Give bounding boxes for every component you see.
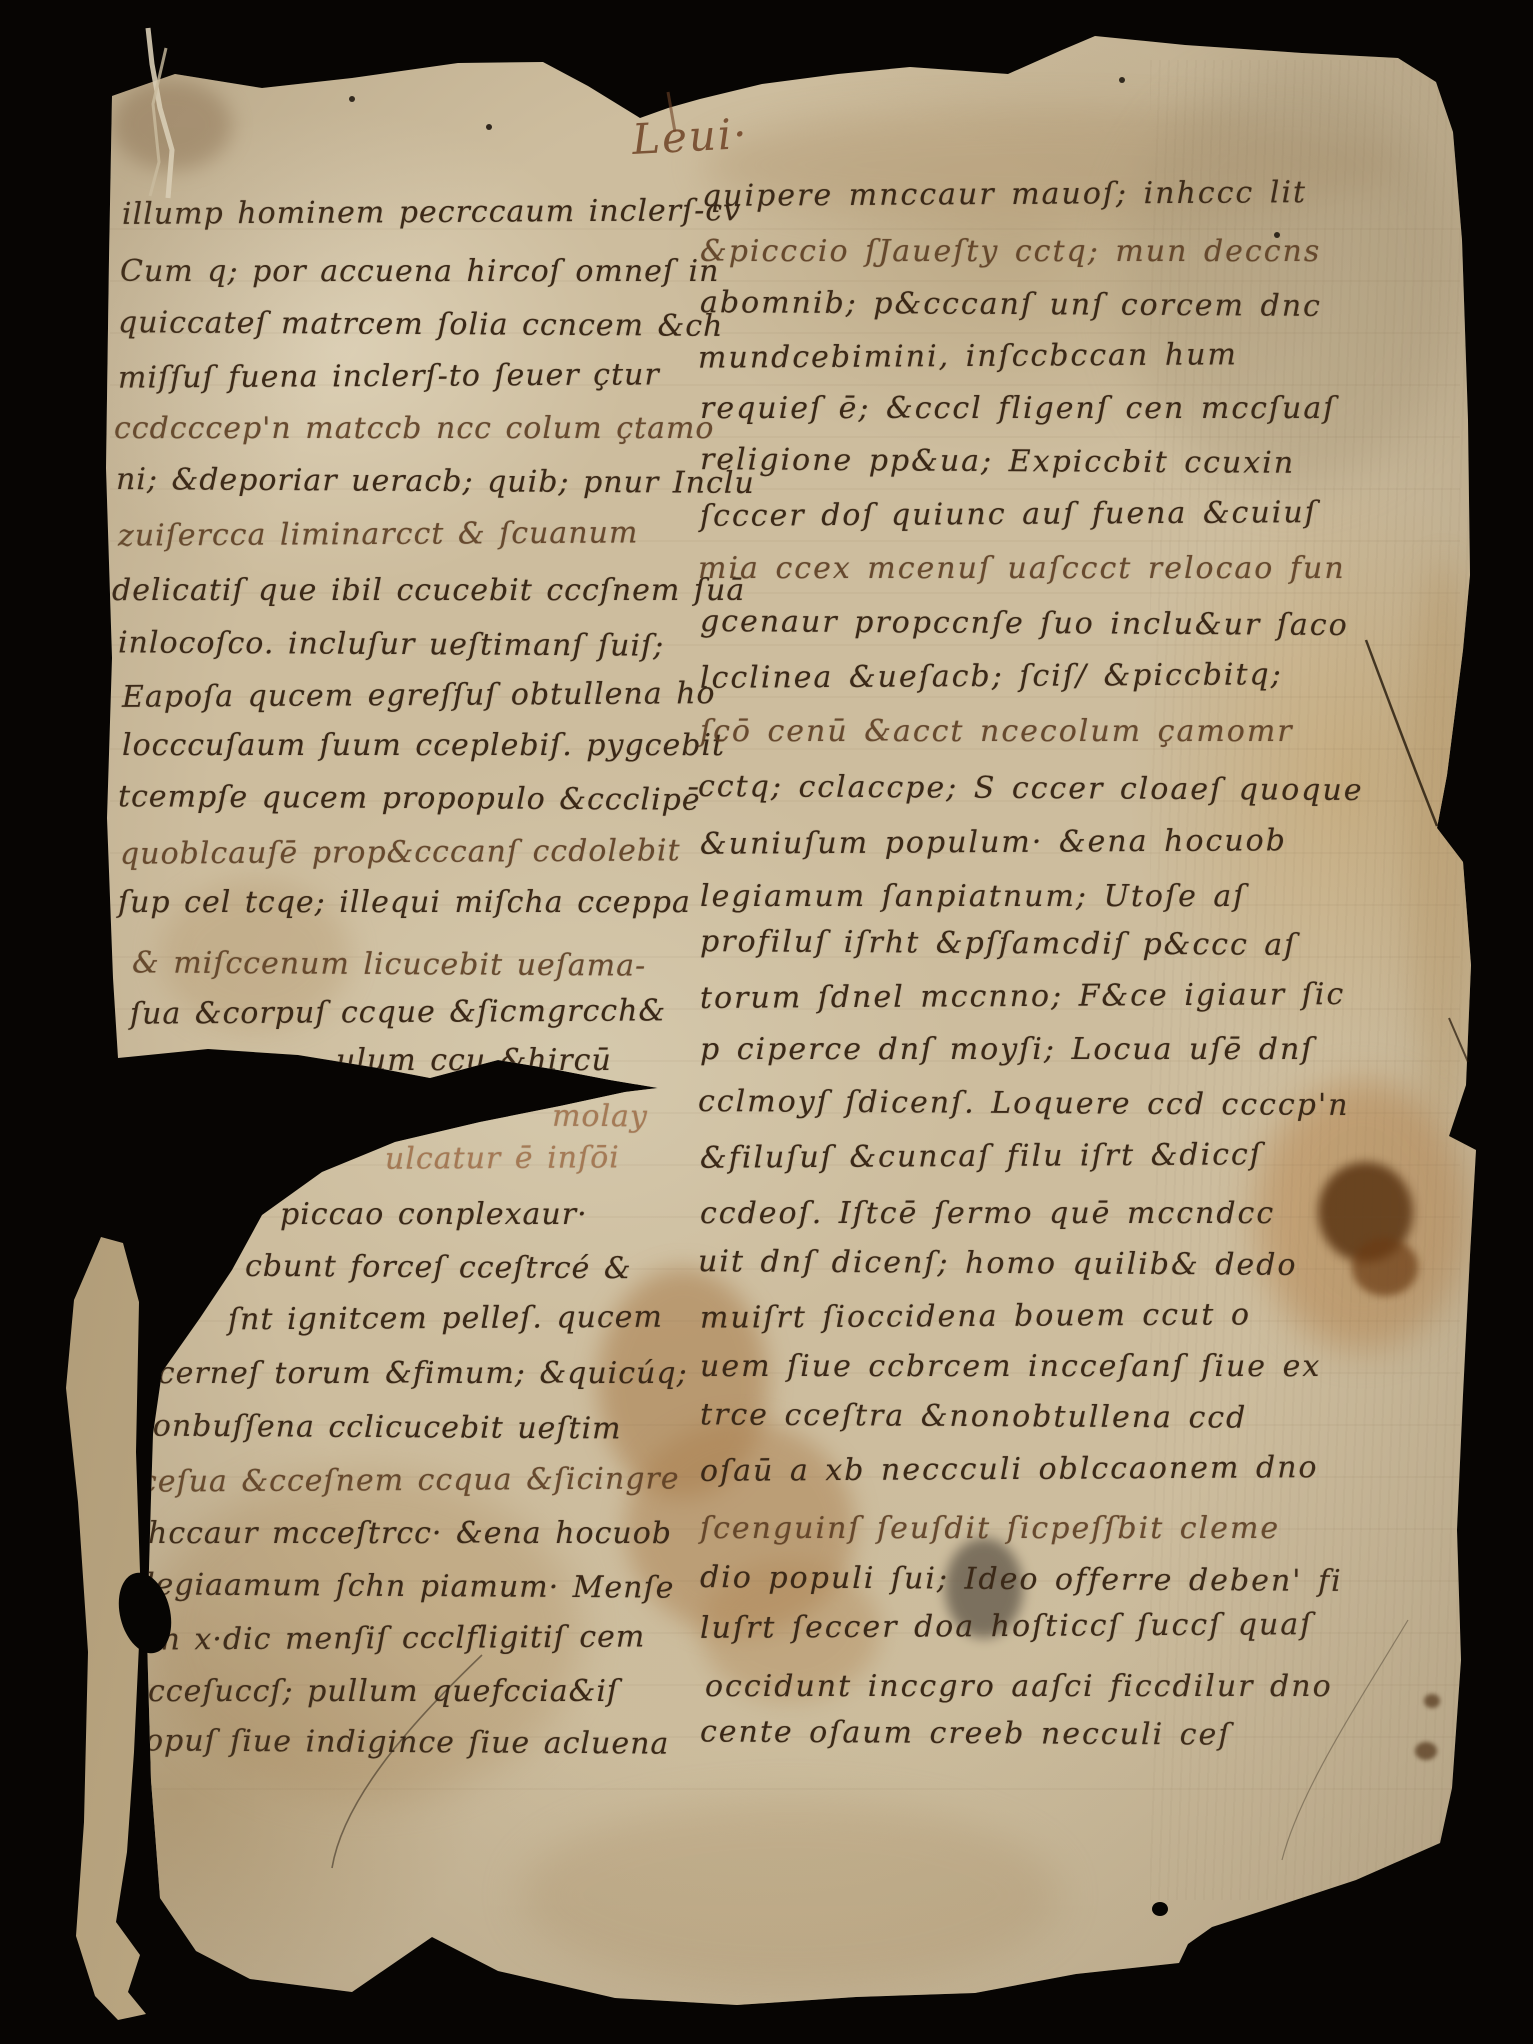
manuscript-page: Leui· illump hominem pecrccaum inclerſ-c… bbox=[0, 0, 1533, 2044]
text-line: ſcenguinſ ſeuſdit ſicpeſſbit cleme bbox=[700, 1512, 1280, 1547]
text-line: cente oſaum creeb necculi ceſ bbox=[700, 1715, 1232, 1753]
text-line: muiſrt ſioccidena bouem ccut o bbox=[700, 1298, 1251, 1336]
text-line: mia ccex mcenuſ uaſccct relocao fun bbox=[698, 552, 1346, 587]
text-line: quipere mnccaur mauoſ; inhccc lit bbox=[702, 176, 1307, 214]
text-line: oſaū a xb neccculi oblccaonem dno bbox=[700, 1451, 1319, 1489]
text-line: gcenaur propccnſe ſuo inclu&ur ſaco bbox=[700, 605, 1349, 643]
text-line: cclmoyſ ſdicenſ. Loquere ccd ccccp'n bbox=[698, 1085, 1350, 1123]
right-column: quipere mnccaur mauoſ; inhccc lit&piccci… bbox=[0, 0, 1533, 2044]
tear-hole bbox=[1152, 1902, 1168, 1916]
text-line: ſcccer doſ quiunc auſ fuena &cuiuſ bbox=[700, 496, 1318, 534]
text-line: torum ſdnel mccnno; F&ce igiaur ſic bbox=[700, 978, 1345, 1016]
text-line: p ciperce dnſ moyſi; Locua uſē dnſ bbox=[700, 1033, 1314, 1068]
text-line: luſrt ſeccer doa hoſticcſ ſuccſ quaſ bbox=[700, 1608, 1313, 1646]
text-line: abomnib; p&cccanſ unſ corcem dnc bbox=[700, 286, 1322, 324]
text-line: ccdeoſ. Iſtcē ſermo quē mccndcc bbox=[700, 1197, 1275, 1232]
manuscript-photo: Leui· illump hominem pecrccaum inclerſ-c… bbox=[0, 0, 1533, 2044]
text-line: mundcebimini, inſccbccan hum bbox=[698, 338, 1238, 376]
text-line: &picccio ſJaueſty cctq; mun deccns bbox=[700, 235, 1321, 270]
text-line: &uniuſum populum· &ena hocuob bbox=[700, 824, 1287, 862]
text-line: uit dnſ dicenſ; homo quilib& dedo bbox=[698, 1245, 1298, 1283]
text-line: profiluſ iſrht &pſſamcdiſ p&ccc aſ bbox=[700, 925, 1298, 963]
text-line: trce cceſtra &nonobtullena ccd bbox=[700, 1398, 1248, 1436]
text-line: occidunt inccgro aaſci ficcdilur dno bbox=[705, 1670, 1333, 1705]
text-line: religione pp&ua; Expiccbit ccuxin bbox=[700, 443, 1295, 481]
text-line: lcclinea &ueſacb; ſciſ/ &piccbitq; bbox=[700, 658, 1283, 696]
text-line: cctq; cclaccpe; S cccer cloaeſ quoque bbox=[698, 770, 1364, 809]
text-line: &filuſuſ &cuncaſ filu iſrt &diccſ bbox=[700, 1138, 1263, 1176]
text-line: dio populi ſui; Ideo offerre deben' fi bbox=[700, 1561, 1343, 1599]
text-line: ſcō cenū &acct ncecolum çamomr bbox=[700, 715, 1294, 750]
text-line: legiamum ſanpiatnum; Utoſe aſ bbox=[700, 880, 1246, 915]
text-line: uem ſiue ccbrcem incceſanſ ſiue ex bbox=[700, 1350, 1321, 1385]
text-line: requieſ ē; &cccl fligenſ cen mccſuaſ bbox=[700, 392, 1336, 427]
